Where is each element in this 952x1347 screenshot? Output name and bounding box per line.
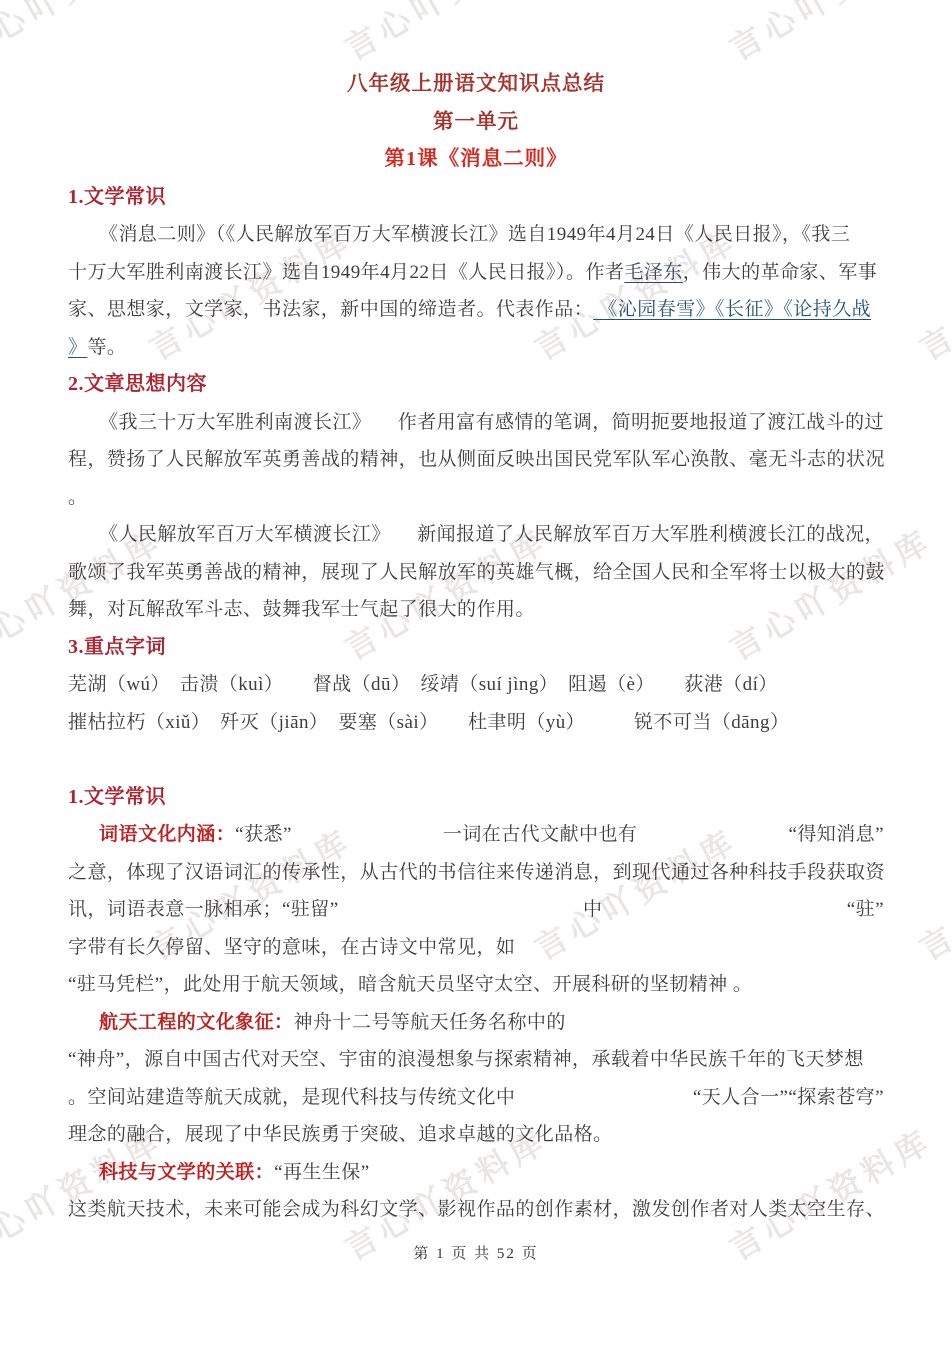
watermark-text: 言心吖资料库 <box>335 0 555 70</box>
text-line: 程，赞扬了人民解放军英勇善战的精神，也从侧面反映出国民党军队军心涣散、毫无斗志的… <box>68 441 884 479</box>
text-line: 。空间站建造等航天成就，是现代科技与传统文化中“天人合一”“探索苍穹” <box>68 1079 884 1117</box>
text-line: 舞，对瓦解敌军斗志、鼓舞我军士气起了很大的作用。 <box>68 591 884 629</box>
text-line: 摧枯拉朽（xiǔ） 歼灭（jiān） 要塞（sài） 杜聿明（yù） 锐不可当（… <box>68 704 884 742</box>
text-run: 家、思想家，文学家，书法家，新中国的缔造者。代表作品： <box>68 291 593 329</box>
text-line: 《消息二则》（《人民解放军百万大军横渡长江》选自1949年4月24日《人民日报》… <box>68 216 884 254</box>
text-run: 讯，词语表意一脉相承；“驻留” <box>68 891 339 929</box>
text-run: 程，赞扬了人民解放军英勇善战的精神，也从侧面反映出国民党军队军心涣散、毫无斗志的… <box>68 441 885 479</box>
text-run: 。空间站建造等航天成就，是现代科技与传统文化中 <box>68 1079 515 1117</box>
text-line: 航天工程的文化象征：神舟十二号等航天任务名称中的 <box>68 1004 884 1042</box>
text-run: 十万大军胜利南渡长江》选自1949年4月22日《人民日报》）。作者 <box>68 254 624 292</box>
section-heading: 1.文学常识 <box>68 779 884 817</box>
text-run: ，伟大的革命家、军事 <box>683 254 878 292</box>
text-line: 词语文化内涵：“获悉”一词在古代文献中也有“得知消息” <box>68 816 884 854</box>
text-run: “得知消息” <box>788 816 884 854</box>
lead-in-label: 科技与文学的关联： <box>99 1154 274 1192</box>
text-run: “驻” <box>847 891 884 929</box>
text-run: “天人合一”“探索苍穹” <box>693 1079 884 1117</box>
text-run: 作者用富有感情的笔调，简明扼要地报道了渡江战斗的过 <box>398 404 884 442</box>
text-run: 。 <box>68 479 87 517</box>
text-run: 神舟十二号等航天任务名称中的 <box>294 1004 566 1042</box>
text-run: 歌颂了我军英勇善战的精神，展现了人民解放军的英雄气概，给全国人民和全军将士以极大… <box>68 554 885 592</box>
text-run: 舞，对瓦解敌军斗志、鼓舞我军士气起了很大的作用。 <box>68 591 535 629</box>
text-run: 一词在古代文献中也有 <box>443 816 638 854</box>
text-line: 家、思想家，文学家，书法家，新中国的缔造者。代表作品： 《沁园春雪》《长征》《论… <box>68 291 884 329</box>
watermark-text: 言心吖资料库 <box>910 816 952 970</box>
lesson-title: 第1课《消息二则》 <box>68 141 884 179</box>
work-title-link[interactable]: 《沁园春雪》《长征》《论持久战 <box>593 291 871 329</box>
text-run: 理念的融合，展现了中华民族勇于突破、追求卓越的文化品格。 <box>68 1116 613 1154</box>
watermark-text: 言心吖资料库 <box>910 216 952 370</box>
text-line: 十万大军胜利南渡长江》选自1949年4月22日《人民日报》）。作者毛泽东，伟大的… <box>68 254 884 292</box>
lead-in-label: 词语文化内涵： <box>99 816 235 854</box>
text-line: 科技与文学的关联：“再生生保” <box>68 1154 884 1192</box>
author-link[interactable]: 毛泽东 <box>624 254 682 292</box>
text-line: 歌颂了我军英勇善战的精神，展现了人民解放军的英雄气概，给全国人民和全军将士以极大… <box>68 554 884 592</box>
text-line: “神舟”，源自中国古代对天空、宇宙的浪漫想象与探索精神，承载着中华民族千年的飞天… <box>68 1041 884 1079</box>
text-line: 理念的融合，展现了中华民族勇于突破、追求卓越的文化品格。 <box>68 1116 884 1154</box>
text-run: “神舟”，源自中国古代对天空、宇宙的浪漫想象与探索精神，承载着中华民族千年的飞天… <box>68 1041 864 1079</box>
text-line: 这类航天技术，未来可能会成为科幻文学、影视作品的创作素材，激发创作者对人类太空生… <box>68 1191 884 1229</box>
text-line: 》等。 <box>68 329 884 367</box>
text-line: 芜湖（wú） 击溃（kuì） 督战（dū） 绥靖（suí jìng） 阻遏（è）… <box>68 666 884 704</box>
text-line: 。 <box>68 479 884 517</box>
blank-line <box>68 741 884 779</box>
text-line: 讯，词语表意一脉相承；“驻留”中“驻” <box>68 891 884 929</box>
document-body: 八年级上册语文知识点总结第一单元第1课《消息二则》1.文学常识《消息二则》（《人… <box>68 66 884 1229</box>
text-line: 之意，体现了汉语词汇的传承性，从古代的书信往来传递消息，到现代通过各种科技手段获… <box>68 854 884 892</box>
text-run: “再生生保” <box>274 1154 370 1192</box>
section-heading: 2.文章思想内容 <box>68 366 884 404</box>
section-heading: 3.重点字词 <box>68 629 884 667</box>
text-run: 之意，体现了汉语词汇的传承性，从古代的书信往来传递消息，到现代通过各种科技手段获… <box>68 854 885 892</box>
document-page: 言心吖资料库言心吖资料库言心吖资料库言心吖资料库言心吖资料库言心吖资料库言心吖资… <box>0 0 952 1347</box>
text-line: 字带有长久停留、坚守的意味，在古诗文中常见，如 <box>68 929 884 967</box>
watermark-text: 言心吖资料库 <box>720 0 940 70</box>
doc-title-line: 八年级上册语文知识点总结 <box>68 66 884 104</box>
text-line: “驻马凭栏”，此处用于航天领域，暗含航天员坚守太空、开展科研的坚韧精神 。 <box>68 966 884 1004</box>
work-title-link[interactable]: 》 <box>68 329 87 367</box>
text-run: 等。 <box>87 329 126 367</box>
text-run: 字带有长久停留、坚守的意味，在古诗文中常见，如 <box>68 929 515 967</box>
lead-in-label: 航天工程的文化象征： <box>99 1004 294 1042</box>
text-run: 中 <box>583 891 602 929</box>
page-footer: 第 1 页 共 52 页 <box>0 1242 952 1263</box>
text-run: 《人民解放军百万大军横渡长江》 <box>99 516 391 554</box>
text-run: 这类航天技术，未来可能会成为科幻文学、影视作品的创作素材，激发创作者对人类太空生… <box>68 1191 885 1229</box>
text-run: “获悉” <box>235 816 292 854</box>
text-run: 新闻报道了人民解放军百万大军胜利横渡长江的战况， <box>417 516 884 554</box>
section-heading: 1.文学常识 <box>68 179 884 217</box>
watermark-text: 言心吖资料库 <box>0 0 170 70</box>
text-line: 《我三十万大军胜利南渡长江》作者用富有感情的笔调，简明扼要地报道了渡江战斗的过 <box>68 404 884 442</box>
text-run: 摧枯拉朽（xiǔ） 歼灭（jiān） 要塞（sài） 杜聿明（yù） 锐不可当（… <box>68 704 789 742</box>
doc-title-line: 第一单元 <box>68 104 884 142</box>
text-run: 《我三十万大军胜利南渡长江》 <box>99 404 371 442</box>
text-line: 《人民解放军百万大军横渡长江》新闻报道了人民解放军百万大军胜利横渡长江的战况， <box>68 516 884 554</box>
text-run: “驻马凭栏”，此处用于航天领域，暗含航天员坚守太空、开展科研的坚韧精神 。 <box>68 966 752 1004</box>
text-run: 芜湖（wú） 击溃（kuì） 督战（dū） 绥靖（suí jìng） 阻遏（è）… <box>68 666 778 704</box>
text-run: 《消息二则》（《人民解放军百万大军横渡长江》选自1949年4月24日《人民日报》… <box>99 216 850 254</box>
